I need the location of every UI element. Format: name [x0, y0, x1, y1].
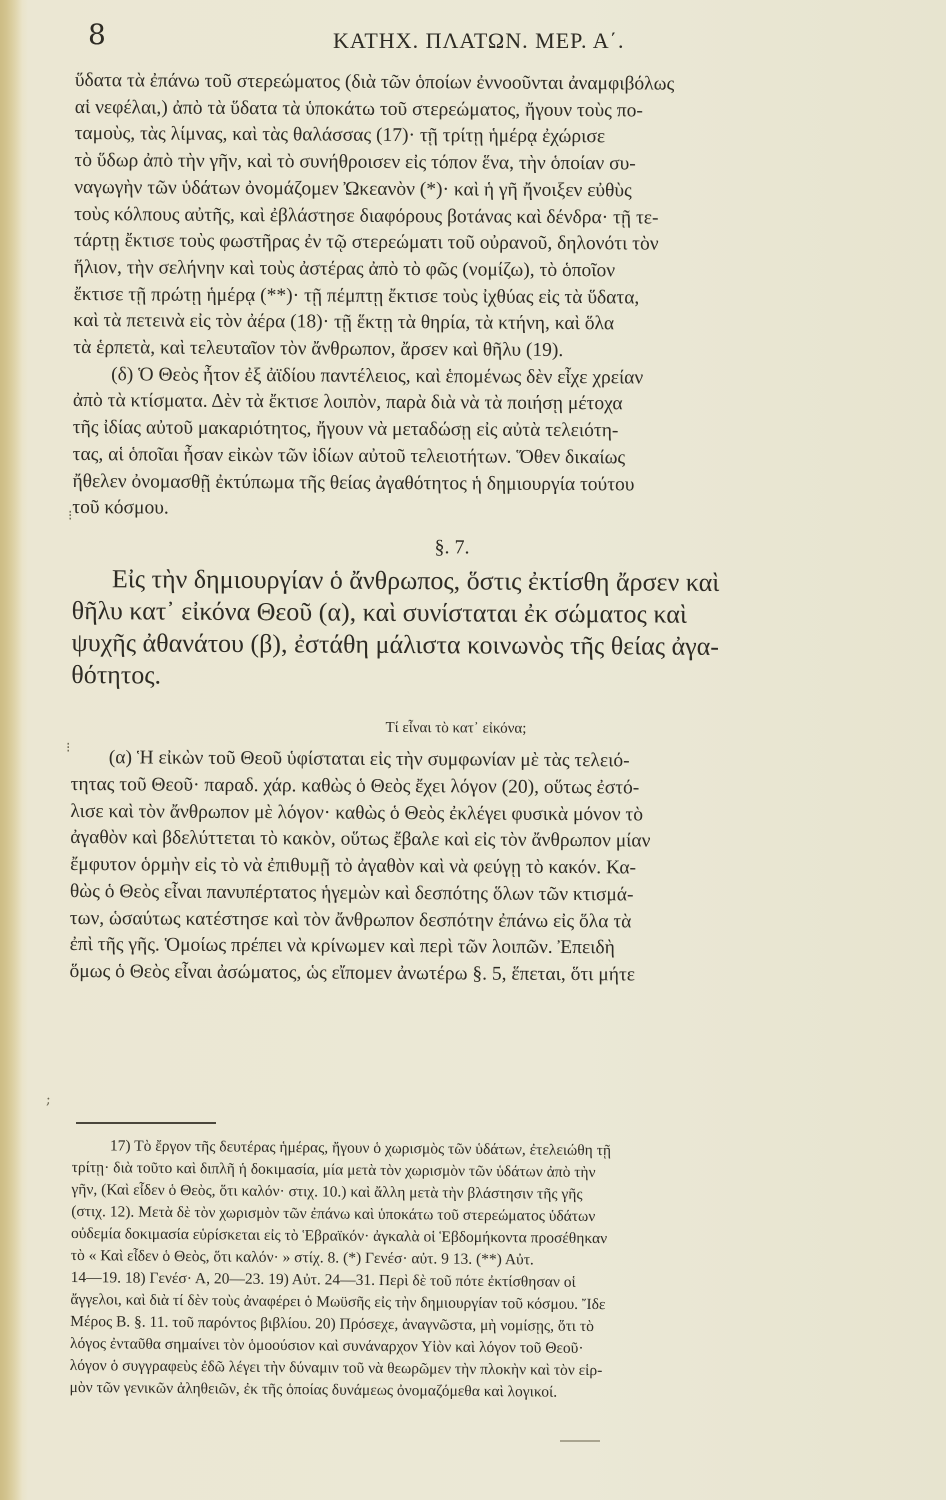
text-line: ὅμως ὁ Θεὸς εἶναι ἀσώματος, ὡς εἴπομεν ἀ… — [69, 959, 869, 991]
text-line: ἤθελεν ὀνομασθῇ ἐκτύπωμα τῆς θείας ἀγαθό… — [72, 469, 872, 501]
paragraph-delta: (δ) Ὁ Θεὸς ἦτον ἐξ ἀϊδίου παντέλειος, κα… — [72, 362, 873, 527]
text-line: τας, αἱ ὁποῖαι ἦσαν εἰκὼν τῶν ἰδίων αὐτο… — [73, 442, 873, 474]
footnote-separator — [76, 1122, 216, 1124]
margin-mark: ⁝ — [66, 740, 70, 756]
text-line: τοῦ κόσμου. — [72, 495, 872, 527]
paragraph-alpha: (α) Ἡ εἰκὼν τοῦ Θεοῦ ὑφίσταται εἰς τὴν σ… — [69, 745, 870, 990]
thesis-line: Εἰς τὴν δημιουργίαν ὁ ἄνθρωπος, ὅστις ἐκ… — [72, 563, 872, 600]
section-thesis: Εἰς τὴν δημιουργίαν ὁ ἄνθρωπος, ὅστις ἐκ… — [71, 563, 872, 696]
page-number: 8 — [88, 18, 106, 51]
footnotes: 17) Τὸ ἔργον τῆς δευτέρας ἡμέρας, ἤγουν … — [69, 1135, 871, 1407]
ink-smudge — [560, 1440, 600, 1442]
running-head: ΚΑΤΗΧ. ΠΛΑΤΩΝ. ΜΕΡ. Α΄. — [333, 28, 624, 54]
thesis-line: θῆλυ κατ᾽ εἰκόνα Θεοῦ (α), καὶ συνίστατα… — [72, 595, 872, 632]
margin-mark: ; — [46, 1092, 51, 1108]
book-page: 8 ΚΑΤΗΧ. ΠΛΑΤΩΝ. ΜΕΡ. Α΄. ὕδατα τὰ ἐπάνω… — [0, 0, 946, 1500]
main-text: ὕδατα τὰ ἐπάνω τοῦ στερεώματος (διὰ τῶν … — [69, 68, 875, 991]
text-line: ναγωγὴν τῶν ὑδάτων ὀνομάζομεν Ὠκεανὸν (*… — [74, 175, 874, 207]
page-header: 8 ΚΑΤΗΧ. ΠΛΑΤΩΝ. ΜΕΡ. Α΄. — [88, 14, 888, 54]
binding-gutter — [0, 0, 22, 1500]
thesis-line: θότητος. — [71, 659, 871, 696]
margin-mark: ⁝ — [68, 508, 72, 524]
paragraph-creation-days: ὕδατα τὰ ἐπάνω τοῦ στερεώματος (διὰ τῶν … — [73, 68, 875, 367]
thesis-line: ψυχῆς ἀθανάτου (β), ἐστάθη μάλιστα κοινω… — [71, 627, 871, 664]
question-subheading: Τί εἶναι τὸ κατ᾽ εἰκόνα; — [71, 713, 871, 745]
section-heading: §. 7. — [72, 532, 872, 564]
